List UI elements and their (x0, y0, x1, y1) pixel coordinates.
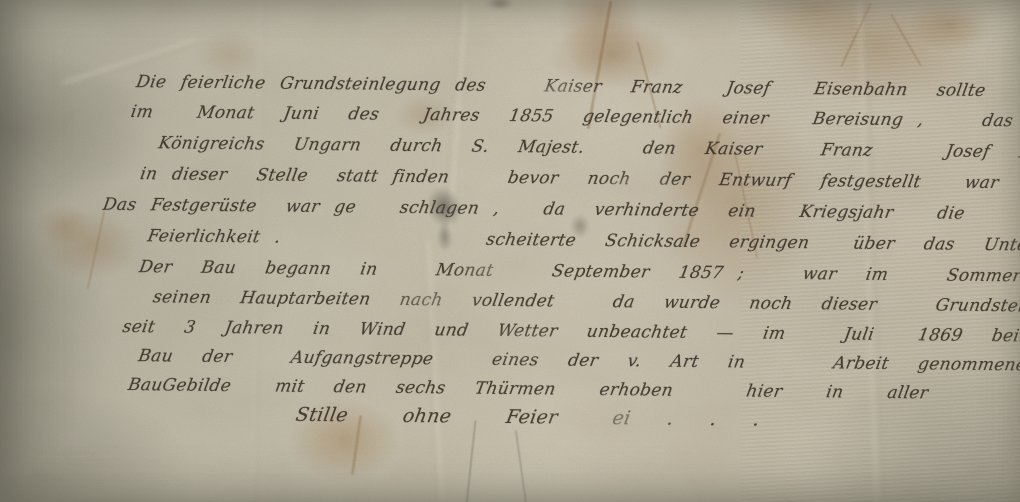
manuscript-photograph: Die feierliche Grundsteinlegung des Kais… (0, 0, 1020, 502)
edge-vignette (0, 0, 1020, 502)
